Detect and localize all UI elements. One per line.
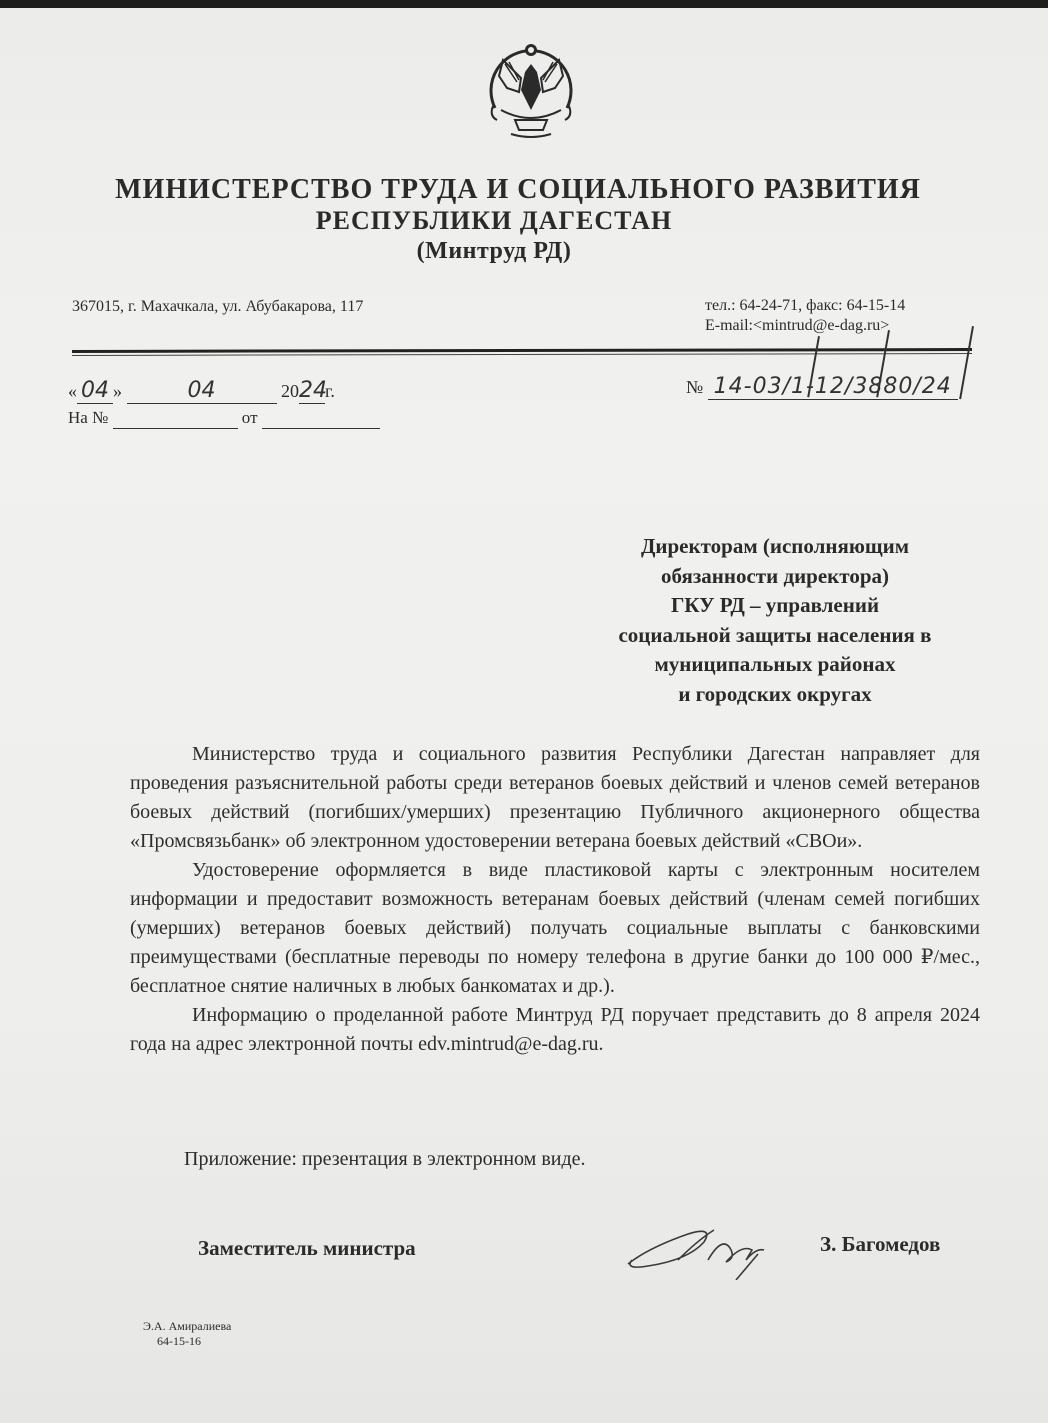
- addressee-line: и городских округах: [575, 680, 975, 710]
- quote-close: »: [113, 381, 122, 401]
- org-name-line1: МИНИСТЕРСТВО ТРУДА И СОЦИАЛЬНОГО РАЗВИТИ…: [0, 174, 1042, 206]
- ref-number-label: На №: [68, 408, 108, 427]
- addressee-block: Директорам (исполняющим обязанности дире…: [575, 532, 975, 709]
- executor-phone: 64-15-16: [143, 1334, 231, 1349]
- org-name-line2: РЕСПУБЛИКИ ДАГЕСТАН: [0, 206, 1018, 236]
- signatory-name: З. Багомедов: [820, 1232, 940, 1257]
- date-month: 04: [127, 378, 277, 404]
- date-line: «04» 04 2024г.: [68, 378, 335, 404]
- year-prefix: 20: [281, 381, 299, 401]
- quote-open: «: [68, 381, 77, 401]
- outgoing-number: № 14-03/1-12/3880/24: [686, 374, 958, 400]
- year-suffix: 24: [299, 378, 325, 404]
- body-paragraph: Удостоверение оформляется в виде пластик…: [130, 856, 980, 1001]
- document-page: МИНИСТЕРСТВО ТРУДА И СОЦИАЛЬНОГО РАЗВИТИ…: [0, 8, 1048, 1423]
- body-paragraph: Министерство труда и социального развити…: [130, 740, 980, 856]
- attachment-note: Приложение: презентация в электронном ви…: [184, 1148, 586, 1171]
- year-unit: г.: [325, 381, 335, 401]
- coat-of-arms-icon: [481, 30, 581, 142]
- number-slash-mark: [959, 326, 974, 399]
- addressee-line: Директорам (исполняющим: [575, 532, 975, 562]
- executor-name: Э.А. Амиралиева: [143, 1319, 231, 1334]
- letter-body: Министерство труда и социального развити…: [130, 740, 980, 1059]
- addressee-line: обязанности директора): [575, 562, 975, 592]
- date-day: 04: [77, 378, 113, 404]
- addressee-line: социальной защиты населения в: [575, 621, 975, 651]
- handwritten-signature-icon: [618, 1220, 798, 1280]
- signatory-title: Заместитель министра: [198, 1236, 416, 1261]
- phone-fax: тел.: 64-24-71, факс: 64-15-14: [705, 296, 905, 316]
- body-paragraph: Информацию о проделанной работе Минтруд …: [130, 1001, 980, 1059]
- executor-block: Э.А. Амиралиева 64-15-16: [143, 1319, 231, 1349]
- header-divider: [72, 348, 972, 353]
- reference-line: На № от: [68, 408, 380, 429]
- addressee-line: ГКУ РД – управлений: [575, 591, 975, 621]
- addressee-line: муниципальных районах: [575, 650, 975, 680]
- contacts-block: тел.: 64-24-71, факс: 64-15-14 E-mail:<m…: [705, 296, 905, 336]
- org-short-name: (Минтруд РД): [0, 238, 1018, 265]
- document-number: 14-03/1-12/3880/24: [708, 374, 958, 400]
- header-divider-thin: [72, 353, 972, 356]
- email: E-mail:<mintrud@e-dag.ru>: [705, 316, 905, 336]
- ref-from-label: от: [242, 408, 258, 427]
- photo-top-edge: [0, 0, 1048, 8]
- postal-address: 367015, г. Махачкала, ул. Абубакарова, 1…: [72, 298, 363, 316]
- number-label: №: [686, 377, 703, 397]
